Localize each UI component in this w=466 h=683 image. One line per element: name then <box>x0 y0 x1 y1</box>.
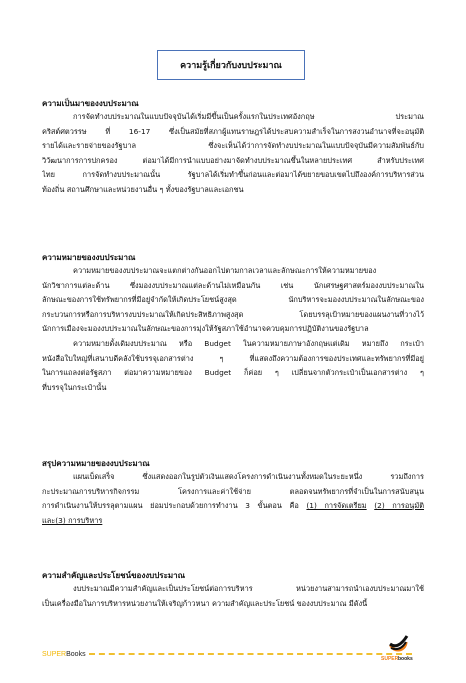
paragraph-line: งบประมาณมีความสำคัญและเป็นประโยชน์ต่อการ… <box>42 582 424 597</box>
paragraph-line: นักการเมืองจะมองงบประมาณในลักษณะของการมุ… <box>42 322 424 337</box>
svg-text:SUPER: SUPER <box>381 656 399 662</box>
superbooks-logo-icon: SUPER books <box>378 628 418 664</box>
paragraph-line: การดำเนินงานให้บรรลุตามแผน ย่อมประกอบด้ว… <box>42 499 424 514</box>
section-heading: ความสำคัญและประโยชน์ของงบประมาณ <box>42 570 424 582</box>
step-execute: และ(3) การบริหาร <box>42 516 102 525</box>
page-footer: SUPERBooks <box>42 648 412 660</box>
paragraph-line: และ(3) การบริหาร <box>42 514 424 529</box>
paragraph-line: ลักษณะของการใช้ทรัพยากรที่มีอยู่จำกัดให้… <box>42 293 424 308</box>
paragraph-line: กระบวนการหรือการบริหารงบประมาณให้เกิดประ… <box>42 308 424 323</box>
paragraph-line: คริสต์ศตวรรษ ที่ 16-17 ซึ่งเป็นสมัยที่สภ… <box>42 125 424 140</box>
paragraph-text: การดำเนินงานให้บรรลุตามแผน ย่อมประกอบด้ว… <box>42 501 299 510</box>
paragraph-line: ในการแถลงต่อรัฐสภา ต่อมาความหมายของ Budg… <box>42 366 424 381</box>
paragraph-line: ความหมายของงบประมาณจะแตกต่างกันออกไปตามก… <box>42 264 424 279</box>
page-title-box: ความรู้เกี่ยวกับงบประมาณ <box>157 50 305 80</box>
step-prepare: (1) การจัดเตรียม <box>306 501 366 510</box>
paragraph-line: ความหมายดั้งเดิมงบประมาณ หรือ Budget ในค… <box>42 337 424 352</box>
section-heading: สรุปความหมายของงบประมาณ <box>42 458 424 470</box>
section-heading: ความเป็นมาของงบประมาณ <box>42 98 424 110</box>
paragraph-line: การจัดทำงบประมาณในแบบปัจจุบันได้เริ่มมีข… <box>42 110 424 125</box>
paragraph-line: ที่บรรจุในกระเป๋านั้น <box>42 381 424 396</box>
svg-text:books: books <box>398 656 413 662</box>
paragraph-line: ท้องถิ่น สถานศึกษาและหน่วยงานอื่น ๆ ทั้ง… <box>42 183 424 198</box>
section-importance: ความสำคัญและประโยชน์ของงบประมาณ งบประมาณ… <box>42 570 424 611</box>
step-approve: (2) การอนุมัติ <box>374 501 424 510</box>
paragraph-line: กะประมาณการบริหารกิจกรรม โครงการและค่าใช… <box>42 485 424 500</box>
paragraph-line: เป็นเครื่องมือในการบริหารหน่วยงานให้เจริ… <box>42 597 424 612</box>
section-meaning: ความหมายของงบประมาณ ความหมายของงบประมาณจ… <box>42 252 424 395</box>
paragraph-line: รายได้และรายจ่ายของรัฐบาล ซึ่งจะเห็นได้ว… <box>42 139 424 154</box>
section-history: ความเป็นมาของงบประมาณ การจัดทำงบประมาณใน… <box>42 98 424 198</box>
footer-brand: SUPERBooks <box>42 651 86 658</box>
paragraph-line: แผนเบ็ดเสร็จ ซึ่งแสดงออกในรูปตัวเงินแสดง… <box>42 470 424 485</box>
section-summary: สรุปความหมายของงบประมาณ แผนเบ็ดเสร็จ ซึ่… <box>42 458 424 528</box>
brand-books: Books <box>66 651 85 658</box>
page-title: ความรู้เกี่ยวกับงบประมาณ <box>180 58 282 72</box>
footer-dashed-rule <box>89 653 412 655</box>
paragraph-line: วิวัฒนาการการปกครอง ต่อมาได้มีการนำแบบอย… <box>42 154 424 169</box>
paragraph-line: หนังสือใบใหญ่ที่เสนาบดีคลังใช้บรรจุเอกสา… <box>42 352 424 367</box>
brand-super: SUPER <box>42 651 66 658</box>
paragraph-line: นักวิชาการแต่ละด้าน ซึ่งมองงบประมาณแต่ละ… <box>42 279 424 294</box>
section-heading: ความหมายของงบประมาณ <box>42 252 424 264</box>
paragraph-line: ไทย การจัดทำงบประมาณนั้น รัฐบาลได้เริ่มท… <box>42 168 424 183</box>
